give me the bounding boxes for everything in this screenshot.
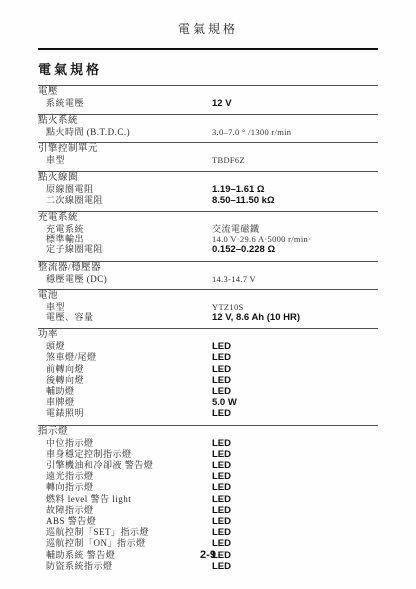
spec-row: 標準輸出14.0 V·29.6 A·5000 r/min· xyxy=(38,234,378,244)
section-title: 電氣規格 xyxy=(38,59,378,78)
spec-row: 車牌燈5.0 W xyxy=(38,397,378,408)
spec-value: LED xyxy=(212,495,378,505)
spec-value: LED xyxy=(212,409,378,419)
spec-group: 點火系統點火時間 (B.T.D.C.)3.0–7.0 ° /1300 r/min xyxy=(38,114,378,142)
spec-label: 車身穩定控制指示燈 xyxy=(38,449,212,459)
spec-label: 巡航控制「ON」指示燈 xyxy=(38,538,212,548)
spec-row: 穩壓電壓 (DC)14.3-14.7 V xyxy=(38,274,378,284)
spec-row: 中位指示燈LED xyxy=(38,438,378,449)
spec-value: 12 V xyxy=(212,99,378,109)
spec-label: 燃料 level 警告 light xyxy=(38,494,212,504)
spec-row: 車型YTZ10S xyxy=(38,302,378,312)
spec-group-title: 點火系統 xyxy=(38,116,378,127)
spec-value: LED xyxy=(212,517,378,527)
spec-group-title: 指示燈 xyxy=(38,427,378,438)
spec-value: LED xyxy=(212,562,378,572)
spec-label: 車牌燈 xyxy=(38,397,212,407)
spec-group: 點火線圈原線圈電阻1.19–1.61 Ω二次線圈電阻8.50–11.50 kΩ xyxy=(38,171,378,211)
spec-label: 轉向指示燈 xyxy=(38,482,212,492)
spec-row: 前轉向燈LED xyxy=(38,364,378,375)
spec-label: 標準輸出 xyxy=(38,234,212,244)
spec-value: LED xyxy=(212,376,378,386)
spec-value: LED xyxy=(212,461,378,471)
spec-row: 原線圈電阻1.19–1.61 Ω xyxy=(38,184,378,195)
spec-row: 引擎機油和冷卻液 警告燈LED xyxy=(38,460,378,471)
spec-row: 頭燈LED xyxy=(38,341,378,352)
spec-value: 8.50–11.50 kΩ xyxy=(212,196,378,206)
spec-row: 電錶照明LED xyxy=(38,408,378,419)
spec-label: 原線圈電阻 xyxy=(38,184,212,194)
spec-row: 車型TBDF6Z xyxy=(38,155,378,165)
spec-row: 點火時間 (B.T.D.C.)3.0–7.0 ° /1300 r/min xyxy=(38,127,378,137)
spec-row: 定子線圈電阻0.152–0.228 Ω xyxy=(38,244,378,255)
spec-group: 充電系統充電系統交流電磁鐵標準輸出14.0 V·29.6 A·5000 r/mi… xyxy=(38,211,378,261)
page-header-title: 電氣規格 xyxy=(38,0,378,37)
spec-row: 電壓、容量12 V, 8.6 Ah (10 HR) xyxy=(38,312,378,323)
spec-label: 遠光指示燈 xyxy=(38,471,212,481)
spec-label: 輔助燈 xyxy=(38,386,212,396)
spec-label: 中位指示燈 xyxy=(38,438,212,448)
spec-row: 故障指示燈LED xyxy=(38,505,378,516)
spec-table: 電壓系統電壓12 V點火系統點火時間 (B.T.D.C.)3.0–7.0 ° /… xyxy=(38,85,378,577)
spec-value: TBDF6Z xyxy=(212,155,378,165)
page-number: 2-9 xyxy=(0,549,416,561)
spec-group-title: 整流器/穩壓器 xyxy=(38,263,378,274)
spec-row: 二次線圈電阻8.50–11.50 kΩ xyxy=(38,195,378,206)
spec-row: 燃料 level 警告 lightLED xyxy=(38,494,378,505)
spec-group-title: 點火線圈 xyxy=(38,173,378,184)
spec-label: 充電系統 xyxy=(38,224,212,234)
spec-row: ABS 警告燈LED xyxy=(38,516,378,527)
spec-label: 防盜系統指示燈 xyxy=(38,561,212,571)
page-content: 電氣規格 電氣規格 電壓系統電壓12 V點火系統點火時間 (B.T.D.C.)3… xyxy=(38,0,378,577)
spec-group-title: 電池 xyxy=(38,291,378,302)
spec-label: ABS 警告燈 xyxy=(38,516,212,526)
spec-label: 前轉向燈 xyxy=(38,364,212,374)
spec-value: 交流電磁鐵 xyxy=(212,224,378,234)
spec-value: 5.0 W xyxy=(212,398,378,408)
spec-label: 定子線圈電阻 xyxy=(38,244,212,254)
spec-row: 巡航控制「ON」指示燈LED xyxy=(38,538,378,549)
spec-value: 14.3-14.7 V xyxy=(212,274,378,284)
spec-label: 電壓、容量 xyxy=(38,312,212,322)
spec-value: LED xyxy=(212,342,378,352)
spec-value: LED xyxy=(212,353,378,363)
spec-value: LED xyxy=(212,365,378,375)
spec-label: 頭燈 xyxy=(38,341,212,351)
spec-row: 系統電壓12 V xyxy=(38,98,378,109)
spec-group: 電壓系統電壓12 V xyxy=(38,85,378,114)
spec-group-title: 電壓 xyxy=(38,87,378,98)
spec-value: LED xyxy=(212,450,378,460)
spec-group-title: 功率 xyxy=(38,330,378,341)
spec-value: LED xyxy=(212,439,378,449)
spec-group: 整流器/穩壓器穩壓電壓 (DC)14.3-14.7 V xyxy=(38,261,378,289)
spec-value: 12 V, 8.6 Ah (10 HR) xyxy=(212,313,378,323)
spec-value: 0.152–0.228 Ω xyxy=(212,245,378,255)
manual-page: 電氣規格 電氣規格 電壓系統電壓12 V點火系統點火時間 (B.T.D.C.)3… xyxy=(0,0,416,589)
spec-group: 引擎控制單元車型TBDF6Z xyxy=(38,142,378,170)
spec-value: LED xyxy=(212,387,378,397)
spec-label: 引擎機油和冷卻液 警告燈 xyxy=(38,460,212,470)
spec-label: 二次線圈電阻 xyxy=(38,195,212,205)
spec-group: 功率頭燈LED煞車燈/尾燈LED前轉向燈LED後轉向燈LED輔助燈LED車牌燈5… xyxy=(38,328,378,424)
spec-label: 巡航控制「SET」指示燈 xyxy=(38,527,212,537)
spec-group-title: 引擎控制單元 xyxy=(38,144,378,155)
spec-value: LED xyxy=(212,472,378,482)
spec-label: 電錶照明 xyxy=(38,408,212,418)
spec-group-title: 充電系統 xyxy=(38,213,378,224)
spec-label: 穩壓電壓 (DC) xyxy=(38,274,212,284)
spec-row: 車身穩定控制指示燈LED xyxy=(38,449,378,460)
spec-value: 14.0 V·29.6 A·5000 r/min· xyxy=(212,234,378,244)
spec-label: 故障指示燈 xyxy=(38,505,212,515)
spec-group: 電池車型YTZ10S電壓、容量12 V, 8.6 Ah (10 HR) xyxy=(38,289,378,328)
spec-row: 充電系統交流電磁鐵 xyxy=(38,224,378,234)
spec-label: 煞車燈/尾燈 xyxy=(38,352,212,362)
spec-row: 煞車燈/尾燈LED xyxy=(38,352,378,363)
spec-label: 車型 xyxy=(38,155,212,165)
spec-label: 點火時間 (B.T.D.C.) xyxy=(38,127,212,137)
spec-row: 防盜系統指示燈LED xyxy=(38,561,378,572)
spec-label: 系統電壓 xyxy=(38,98,212,108)
spec-value: 3.0–7.0 ° /1300 r/min xyxy=(212,127,378,137)
spec-label: 後轉向燈 xyxy=(38,375,212,385)
spec-value: LED xyxy=(212,506,378,516)
spec-value: YTZ10S xyxy=(212,302,378,312)
spec-row: 轉向指示燈LED xyxy=(38,482,378,493)
spec-row: 輔助燈LED xyxy=(38,386,378,397)
spec-value: LED xyxy=(212,528,378,538)
spec-row: 巡航控制「SET」指示燈LED xyxy=(38,527,378,538)
spec-value: LED xyxy=(212,483,378,493)
spec-label: 車型 xyxy=(38,302,212,312)
spec-value: 1.19–1.61 Ω xyxy=(212,185,378,195)
spec-row: 後轉向燈LED xyxy=(38,375,378,386)
header-rule xyxy=(38,48,378,50)
spec-row: 遠光指示燈LED xyxy=(38,471,378,482)
